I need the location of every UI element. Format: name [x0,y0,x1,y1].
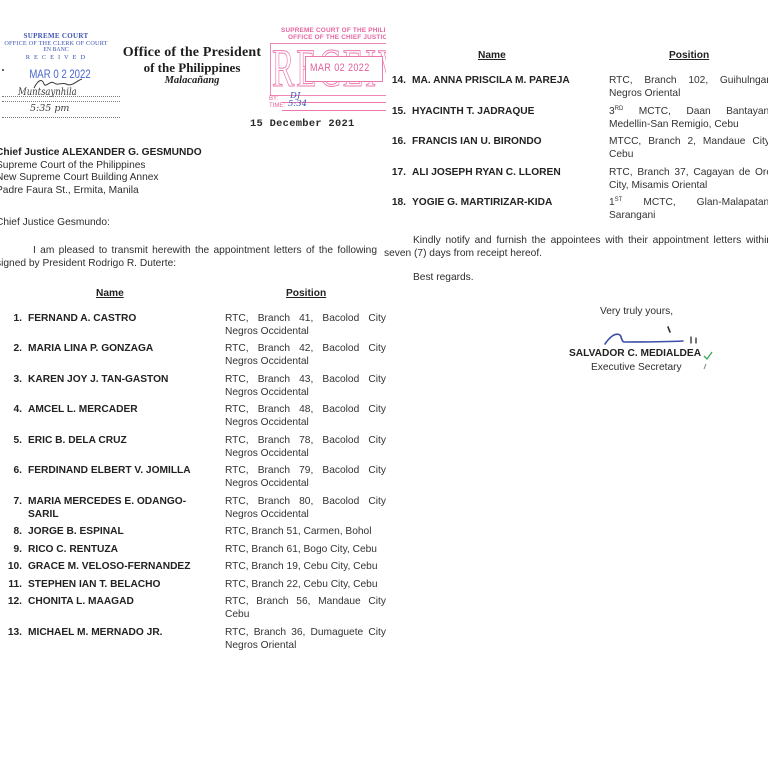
position-line-1: 1ST MCTC, Glan-Malapatan, [609,196,768,209]
position-text: RTC, Branch 56, Mandaue City, [225,596,386,607]
appointee-row: 16. FRANCIS IAN U. BIRONDO MTCC, Branch … [384,135,768,161]
position-text: RTC, Branch 37, Cagayan de Oro [609,167,768,178]
appointee-name: RICO C. RENTUZA [28,543,208,556]
appointee-row: 17. ALI JOSEPH RYAN C. LLOREN RTC, Branc… [384,166,768,192]
stamp-line-1: SUPREME COURT OF THE PHILIPPINES [281,27,386,34]
ink-dot [2,69,4,71]
intro-paragraph: I am pleased to transmit herewith the ap… [0,244,377,270]
stamp-by-label: BY: [269,96,278,102]
stamp-line-1: SUPREME COURT [0,32,120,40]
appointee-list-2: 14. MA. ANNA PRISCILA M. PAREJA RTC, Bra… [384,74,768,227]
appointee-name: KAREN JOY J. TAN-GASTON [28,373,208,399]
ordinal: 3RD [609,106,623,117]
position-line-1: RTC, Branch 56, Mandaue City, [225,595,386,608]
stamp-time-line [282,110,386,111]
appointee-row: 7. MARIA MERCEDES E. ODANGO-SARIL RTC, B… [0,495,386,521]
appointee-number: 6. [0,464,22,490]
appointee-row: 3. KAREN JOY J. TAN-GASTON RTC, Branch 4… [0,373,386,399]
appointee-number: 11. [0,578,22,591]
received-time-handwriting: 5:35 pm [30,103,69,114]
stamp-time-label: TIME: [269,103,285,109]
position-text: MCTC, Daan Bantayan, [639,106,768,117]
appointee-number: 3. [0,373,22,399]
stamp-time-value: 5:34 [288,99,307,109]
position-line-1: RTC, Branch 36, Dumaguete City, [225,626,386,639]
appointee-number: 17. [384,166,406,192]
position-line-2: Cebu [609,148,768,161]
position-line-2: City, Misamis Oriental [609,179,768,192]
position-line-1: RTC, Branch 78, Bacolod City, [225,434,386,447]
appointee-number: 15. [384,105,406,131]
letterhead-line-3: Malacañang [100,75,284,86]
appointee-position: RTC, Branch 51, Carmen, Bohol [225,525,386,538]
salutation: Chief Justice Gesmundo: [0,216,110,229]
position-text: RTC, Branch 43, Bacolod City, [225,374,386,385]
appointee-position: RTC, Branch 80, Bacolod City, Negros Occ… [225,495,386,521]
appointee-number: 9. [0,543,22,556]
appointee-name: MICHAEL M. MERNADO JR. [28,626,208,652]
appointee-number: 8. [0,525,22,538]
position-text: MTCC, Branch 2, Mandaue City, [609,136,768,147]
intro-line-2: signed by President Rodrigo R. Duterte: [0,257,377,270]
position-line-1: MTCC, Branch 2, Mandaue City, [609,135,768,148]
position-text: RTC, Branch 22, Cebu City, Cebu [225,579,378,590]
position-text: RTC, Branch 102, Guihulngan [609,75,768,86]
ordinal: 1ST [609,197,622,208]
appointee-position: MTCC, Branch 2, Mandaue City, Cebu [609,135,768,161]
appointee-number: 16. [384,135,406,161]
position-line-1: RTC, Branch 43, Bacolod City, [225,373,386,386]
appointee-row: 1. FERNAND A. CASTRO RTC, Branch 41, Bac… [0,312,386,338]
position-text: RTC, Branch 79, Bacolod City, [225,465,386,476]
appointee-position: RTC, Branch 22, Cebu City, Cebu [225,578,386,591]
position-text: RTC, Branch 78, Bacolod City, [225,435,386,446]
column-header-position: Position [286,288,326,299]
appointee-name: AMCEL L. MERCADER [28,403,208,429]
position-text: RTC, Branch 48, Bacolod City, [225,404,386,415]
appointee-position: RTC, Branch 36, Dumaguete City, Negros O… [225,626,386,652]
appointee-position: RTC, Branch 37, Cagayan de Oro City, Mis… [609,166,768,192]
position-text: MCTC, Glan-Malapatan, [643,197,768,208]
position-line-1: RTC, Branch 79, Bacolod City, [225,464,386,477]
position-line-1: RTC, Branch 48, Bacolod City, [225,403,386,416]
appointee-position: RTC, Branch 41, Bacolod City, Negros Occ… [225,312,386,338]
position-line-2: Negros Occidental [225,477,386,490]
letterhead-line-2: of the Philippines [100,60,284,76]
appointee-position: RTC, Branch 79, Bacolod City, Negros Occ… [225,464,386,490]
closing-line-1: Kindly notify and furnish the appointees… [384,234,768,247]
appointee-number: 7. [0,495,22,521]
position-line-1: RTC, Branch 61, Bogo City, Cebu [225,543,386,556]
addressee-name: Chief Justice ALEXANDER G. GESMUNDO [0,146,202,159]
appointee-row: 5. ERIC B. DELA CRUZ RTC, Branch 78, Bac… [0,434,386,460]
ordinal-suffix: ST [615,197,623,203]
appointee-row: 15. HYACINTH T. JADRAQUE 3RD MCTC, Daan … [384,105,768,131]
appointee-number: 13. [0,626,22,652]
signature-icon [584,316,714,350]
letter-page-2: Name Position 14. MA. ANNA PRISCILA M. P… [384,0,768,768]
appointee-position: 3RD MCTC, Daan Bantayan, Medellin-San Re… [609,105,768,131]
appointee-name: MARIA LINA P. GONZAGA [28,342,208,368]
appointee-row: 10. GRACE M. VELOSO-FERNANDEZ RTC, Branc… [0,560,386,573]
signatory-name: SALVADOR C. MEDIALDEA [569,347,701,360]
appointee-name: GRACE M. VELOSO-FERNANDEZ [28,560,208,573]
position-line-1: RTC, Branch 51, Carmen, Bohol [225,525,386,538]
signatory-title: Executive Secretary [591,361,682,374]
appointee-number: 1. [0,312,22,338]
position-line-2: Negros Occidental [225,386,386,399]
appointee-row: 12. CHONITA L. MAAGAD RTC, Branch 56, Ma… [0,595,386,621]
appointee-row: 6. FERDINAND ELBERT V. JOMILLA RTC, Bran… [0,464,386,490]
position-line-2: Sarangani [609,209,768,222]
position-text: RTC, Branch 61, Bogo City, Cebu [225,544,377,555]
position-line-2: Negros Occidental [225,325,386,338]
position-line-2: Negros Occidental [225,416,386,429]
appointee-row: 14. MA. ANNA PRISCILA M. PAREJA RTC, Bra… [384,74,768,100]
appointee-number: 14. [384,74,406,100]
received-by-handwriting: Muntsaynhila [18,87,77,98]
position-line-1: RTC, Branch 102, Guihulngan [609,74,768,87]
appointee-number: 5. [0,434,22,460]
position-line-1: RTC, Branch 37, Cagayan de Oro [609,166,768,179]
appointee-position: RTC, Branch 78, Bacolod City, Negros Occ… [225,434,386,460]
column-header-position: Position [669,50,709,61]
appointee-row: 13. MICHAEL M. MERNADO JR. RTC, Branch 3… [0,626,386,652]
appointee-name: STEPHEN IAN T. BELACHO [28,578,208,591]
position-line-2: Negros Oriental [609,87,768,100]
appointee-position: 1ST MCTC, Glan-Malapatan, Sarangani [609,196,768,222]
stamp-date: MAR 02 2022 [310,62,370,74]
closing-line-2: seven (7) days from receipt hereof. [384,247,768,260]
dotted-line [2,101,120,102]
position-line-1: RTC, Branch 42, Bacolod City, [225,342,386,355]
appointee-row: 2. MARIA LINA P. GONZAGA RTC, Branch 42,… [0,342,386,368]
letter-page-1: SUPREME COURT OFFICE OF THE CLERK OF COU… [0,0,386,768]
letter-date: 15 December 2021 [250,118,355,130]
chief-justice-received-stamp: SUPREME COURT OF THE PHILIPPINES OFFICE … [268,24,386,114]
appointee-position: RTC, Branch 102, Guihulngan Negros Orien… [609,74,768,100]
letterhead-line-1: Office of the President [100,45,284,61]
appointee-row: 4. AMCEL L. MERCADER RTC, Branch 48, Bac… [0,403,386,429]
position-line-2: Negros Occidental [225,508,386,521]
appointee-position: RTC, Branch 19, Cebu City, Cebu [225,560,386,573]
appointee-position: RTC, Branch 56, Mandaue City, Cebu [225,595,386,621]
appointee-number: 10. [0,560,22,573]
appointee-number: 2. [0,342,22,368]
position-line-2: Cebu [225,608,386,621]
appointee-name: YOGIE G. MARTIRIZAR-KIDA [412,196,592,222]
position-text: RTC, Branch 51, Carmen, Bohol [225,526,371,537]
column-header-name: Name [96,288,124,299]
appointee-name: HYACINTH T. JADRAQUE [412,105,592,131]
position-text: RTC, Branch 41, Bacolod City, [225,313,386,324]
closing-paragraph: Kindly notify and furnish the appointees… [384,234,768,260]
position-line-1: RTC, Branch 80, Bacolod City, [225,495,386,508]
position-line-2: Negros Occidental [225,447,386,460]
position-text: RTC, Branch 19, Cebu City, Cebu [225,561,378,572]
appointee-number: 18. [384,196,406,222]
dotted-line [2,117,120,118]
appointee-name: ALI JOSEPH RYAN C. LLOREN [412,166,592,192]
appointee-row: 8. JORGE B. ESPINAL RTC, Branch 51, Carm… [0,525,386,538]
appointee-position: RTC, Branch 43, Bacolod City, Negros Occ… [225,373,386,399]
appointee-row: 18. YOGIE G. MARTIRIZAR-KIDA 1ST MCTC, G… [384,196,768,222]
appointee-name: JORGE B. ESPINAL [28,525,208,538]
appointee-position: RTC, Branch 48, Bacolod City, Negros Occ… [225,403,386,429]
appointee-name: FRANCIS IAN U. BIRONDO [412,135,592,161]
appointee-position: RTC, Branch 61, Bogo City, Cebu [225,543,386,556]
appointee-row: 11. STEPHEN IAN T. BELACHO RTC, Branch 2… [0,578,386,591]
appointee-name: FERNAND A. CASTRO [28,312,208,338]
addressee-line-3: New Supreme Court Building Annex [0,171,159,184]
stamp-date-box: MAR 02 2022 [305,56,383,82]
appointee-number: 4. [0,403,22,429]
intro-line-1: I am pleased to transmit herewith the ap… [0,244,377,257]
position-line-2: Medellin-San Remigio, Cebu [609,118,768,131]
position-line-1: RTC, Branch 41, Bacolod City, [225,312,386,325]
appointee-name: FERDINAND ELBERT V. JOMILLA [28,464,208,490]
addressee-line-2: Supreme Court of the Philippines [0,159,146,172]
appointee-position: RTC, Branch 42, Bacolod City, Negros Occ… [225,342,386,368]
complimentary-close: Best regards. [413,271,474,284]
appointee-name: CHONITA L. MAAGAD [28,595,208,621]
position-text: RTC, Branch 42, Bacolod City, [225,343,386,354]
position-text: RTC, Branch 36, Dumaguete City, [225,627,386,638]
position-line-1: RTC, Branch 22, Cebu City, Cebu [225,578,386,591]
appointee-number: 12. [0,595,22,621]
appointee-name: MA. ANNA PRISCILA M. PAREJA [412,74,592,100]
position-text: RTC, Branch 80, Bacolod City, [225,496,386,507]
appointee-row: 9. RICO C. RENTUZA RTC, Branch 61, Bogo … [0,543,386,556]
appointee-name: MARIA MERCEDES E. ODANGO-SARIL [28,495,208,521]
ordinal-suffix: RD [615,106,624,112]
appointee-list-1: 1. FERNAND A. CASTRO RTC, Branch 41, Bac… [0,312,386,657]
position-line-2: Negros Oriental [225,639,386,652]
position-line-2: Negros Occidental [225,355,386,368]
position-line-1: RTC, Branch 19, Cebu City, Cebu [225,560,386,573]
check-mark-icon [702,350,714,372]
appointee-name: ERIC B. DELA CRUZ [28,434,208,460]
addressee-line-4: Padre Faura St., Ermita, Manila [0,184,139,197]
column-header-name: Name [478,50,506,61]
position-line-1: 3RD MCTC, Daan Bantayan, [609,105,768,118]
